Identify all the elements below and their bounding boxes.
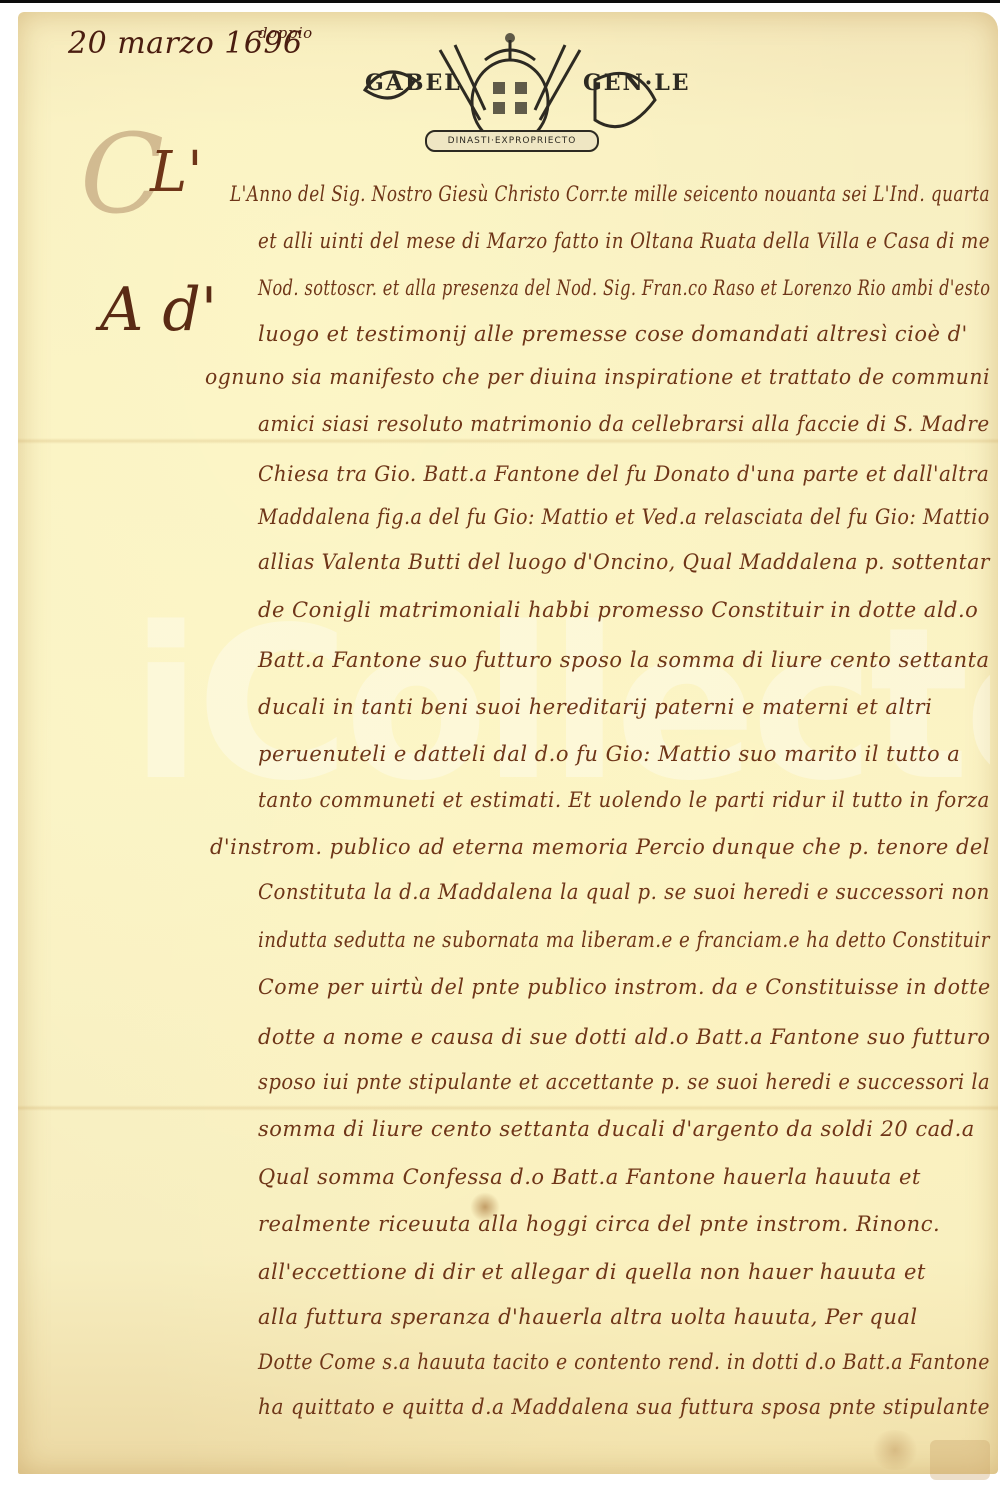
text-line: de Conigli matrimoniali habbi promesso C… — [258, 598, 978, 622]
text-line: Batt.a Fantone suo futturo sposo la somm… — [258, 648, 990, 672]
stamp-left-text: GABEL — [365, 70, 462, 96]
copy-note: doppio — [258, 24, 313, 42]
text-line: all'eccettione di dir et allegar di quel… — [258, 1260, 926, 1284]
torn-corner — [930, 1440, 990, 1480]
text-line: Qual somma Confessa d.o Batt.a Fantone h… — [258, 1165, 921, 1189]
text-line: dotte a nome e causa di sue dotti ald.o … — [258, 1025, 990, 1049]
text-line: alla futtura speranza d'hauerla altra uo… — [258, 1305, 918, 1329]
text-line: tanto communeti et estimati. Et uolendo … — [258, 788, 990, 812]
text-line: d'instrom. publico ad eterna memoria Per… — [210, 835, 990, 859]
tax-stamp: GABEL GEN·LE DINASTI·EXPROPRIECTO — [345, 30, 675, 160]
scan-top-border — [0, 0, 1000, 3]
text-line: peruenuteli e datteli dal d.o fu Gio: Ma… — [258, 742, 960, 766]
text-line: Dotte Come s.a hauuta tacito e contento … — [258, 1350, 990, 1374]
text-line: allias Valenta Butti del luogo d'Oncino,… — [258, 550, 990, 574]
text-line: ognuno sia manifesto che per diuina insp… — [205, 365, 990, 389]
text-line: somma di liure cento settanta ducali d'a… — [258, 1117, 975, 1141]
paper-fold-line — [18, 1105, 998, 1111]
text-line: et alli uinti del mese di Marzo fatto in… — [258, 229, 990, 253]
stamp-motto-banner: DINASTI·EXPROPRIECTO — [425, 130, 599, 152]
text-line: Chiesa tra Gio. Batt.a Fantone del fu Do… — [258, 462, 989, 486]
text-line: indutta sedutta ne subornata ma liberam.… — [258, 928, 990, 952]
edge-stain — [870, 1430, 920, 1470]
text-line: Maddalena fig.a del fu Gio: Mattio et Ve… — [258, 505, 990, 529]
stamp-right-text: GEN·LE — [583, 70, 691, 96]
text-line: L'Anno del Sig. Nostro Giesù Christo Cor… — [230, 182, 990, 206]
text-line: Come per uirtù del pnte publico instrom.… — [258, 975, 991, 999]
paper-fold-line — [18, 438, 998, 444]
text-line: luogo et testimonij alle premesse cose d… — [258, 322, 968, 346]
margin-initial-l: L' — [150, 140, 203, 205]
text-line: realmente riceuuta alla hoggi circa del … — [258, 1212, 940, 1236]
margin-initial-a: A d' — [100, 275, 217, 345]
text-line: Constituta la d.a Maddalena la qual p. s… — [258, 880, 990, 904]
text-line: amici siasi resoluto matrimonio da celle… — [258, 412, 990, 436]
text-line: sposo iui pnte stipulante et accettante … — [258, 1070, 990, 1094]
text-line: Nod. sottoscr. et alla presenza del Nod.… — [258, 276, 990, 300]
text-line: ha quittato e quitta d.a Maddalena sua f… — [258, 1395, 990, 1419]
text-line: ducali in tanti beni suoi hereditarij pa… — [258, 695, 932, 719]
